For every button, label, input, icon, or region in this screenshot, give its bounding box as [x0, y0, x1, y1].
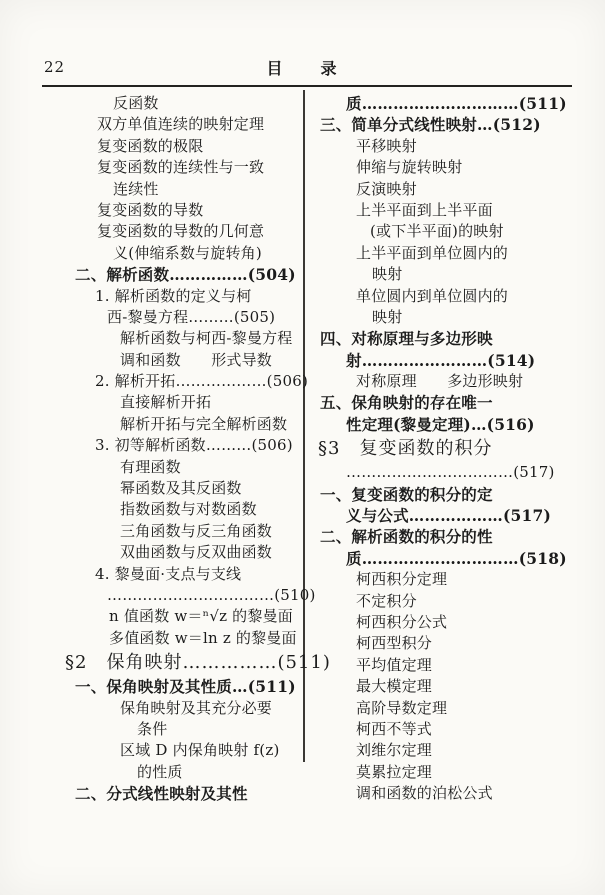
- toc-line: 一、复变函数的积分的定: [318, 484, 580, 505]
- toc-line: 单位圆内到单位圆内的: [318, 286, 580, 307]
- toc-line: 四、对称原理与多边形映: [318, 328, 580, 349]
- toc-line: 最大模定理: [318, 676, 580, 697]
- toc-line: 复变函数的导数的几何意: [45, 221, 300, 242]
- toc-line: 有理函数: [45, 457, 300, 478]
- toc-line: 1. 解析函数的定义与柯: [45, 286, 300, 307]
- toc-line: 3. 初等解析函数………(506): [45, 435, 300, 456]
- toc-line: 多值函数 w＝ln z 的黎曼面: [45, 628, 300, 649]
- toc-line: 柯西不等式: [318, 719, 580, 740]
- toc-line: 一、保角映射及其性质…(511): [45, 676, 300, 697]
- toc-line: 二、分式线性映射及其性: [45, 783, 300, 804]
- toc-line: 调和函数 形式导数: [45, 350, 300, 371]
- toc-line: 性定理(黎曼定理)…(516): [318, 414, 580, 435]
- toc-line: 质…………………………(511): [318, 93, 580, 114]
- toc-line: 双曲函数与反双曲函数: [45, 542, 300, 563]
- toc-line: 质…………………………(518): [318, 548, 580, 569]
- toc-line: 复变函数的导数: [45, 200, 300, 221]
- toc-line: 幂函数及其反函数: [45, 478, 300, 499]
- toc-line: 不定积分: [318, 591, 580, 612]
- toc-line: 复变函数的连续性与一致: [45, 157, 300, 178]
- toc-line: 条件: [45, 719, 300, 740]
- toc-line: 映射: [318, 307, 580, 328]
- left-column: 反函数双方单值连续的映射定理复变函数的极限复变函数的连续性与一致连续性复变函数的…: [45, 93, 300, 805]
- toc-line: 区域 D 内保角映射 f(z): [45, 740, 300, 761]
- toc-line: 对称原理 多边形映射: [318, 371, 580, 392]
- toc-line: 二、解析函数……………(504): [45, 264, 300, 285]
- toc-line: 保角映射及其充分必要: [45, 698, 300, 719]
- toc-line: 三、简单分式线性映射…(512): [318, 114, 580, 135]
- toc-line: 复变函数的极限: [45, 136, 300, 157]
- toc-line: 射……………………(514): [318, 350, 580, 371]
- toc-line: 指数函数与对数函数: [45, 499, 300, 520]
- header-divider-rule: [42, 85, 572, 87]
- toc-line: 上半平面到单位圆内的: [318, 243, 580, 264]
- toc-line: 西-黎曼方程………(505): [45, 307, 300, 328]
- toc-line: 上半平面到上半平面: [318, 200, 580, 221]
- toc-line: 调和函数的泊松公式: [318, 783, 580, 804]
- toc-line: n 值函数 w＝ⁿ√z 的黎曼面: [45, 606, 300, 627]
- toc-line: 平移映射: [318, 136, 580, 157]
- toc-line: §3 复变函数的积分: [318, 435, 580, 462]
- page-title: 目 录: [0, 56, 605, 79]
- toc-line: 伸缩与旋转映射: [318, 157, 580, 178]
- toc-line: 刘维尔定理: [318, 740, 580, 761]
- toc-line: 柯西型积分: [318, 633, 580, 654]
- toc-line: §2 保角映射……………(511): [45, 649, 300, 676]
- toc-line: 五、保角映射的存在唯一: [318, 392, 580, 413]
- toc-line: 莫累拉定理: [318, 762, 580, 783]
- toc-line: 4. 黎曼面·支点与支线: [45, 564, 300, 585]
- toc-line: 反演映射: [318, 179, 580, 200]
- toc-line: 柯西积分公式: [318, 612, 580, 633]
- toc-line: 双方单值连续的映射定理: [45, 114, 300, 135]
- toc-line: 三角函数与反三角函数: [45, 521, 300, 542]
- toc-line: 高阶导数定理: [318, 698, 580, 719]
- toc-line: 义与公式………………(517): [318, 505, 580, 526]
- toc-line: 映射: [318, 264, 580, 285]
- toc-line: ……………………………(517): [318, 462, 580, 483]
- toc-line: 反函数: [45, 93, 300, 114]
- toc-line: 解析函数与柯西-黎曼方程: [45, 328, 300, 349]
- toc-line: (或下半平面)的映射: [318, 221, 580, 242]
- toc-line: 解析开拓与完全解析函数: [45, 414, 300, 435]
- toc-line: 柯西积分定理: [318, 569, 580, 590]
- toc-line: 平均值定理: [318, 655, 580, 676]
- toc-line: 二、解析函数的积分的性: [318, 526, 580, 547]
- scanned-toc-page: 22 目 录 反函数双方单值连续的映射定理复变函数的极限复变函数的连续性与一致连…: [0, 0, 605, 895]
- toc-line: 义(伸缩系数与旋转角): [45, 243, 300, 264]
- toc-line: 2. 解析开拓………………(506): [45, 371, 300, 392]
- toc-line: 直接解析开拓: [45, 392, 300, 413]
- right-column: 质…………………………(511)三、简单分式线性映射…(512)平移映射伸缩与旋…: [318, 93, 580, 805]
- toc-line: 连续性: [45, 179, 300, 200]
- toc-line: 的性质: [45, 762, 300, 783]
- toc-line: ……………………………(510): [45, 585, 300, 606]
